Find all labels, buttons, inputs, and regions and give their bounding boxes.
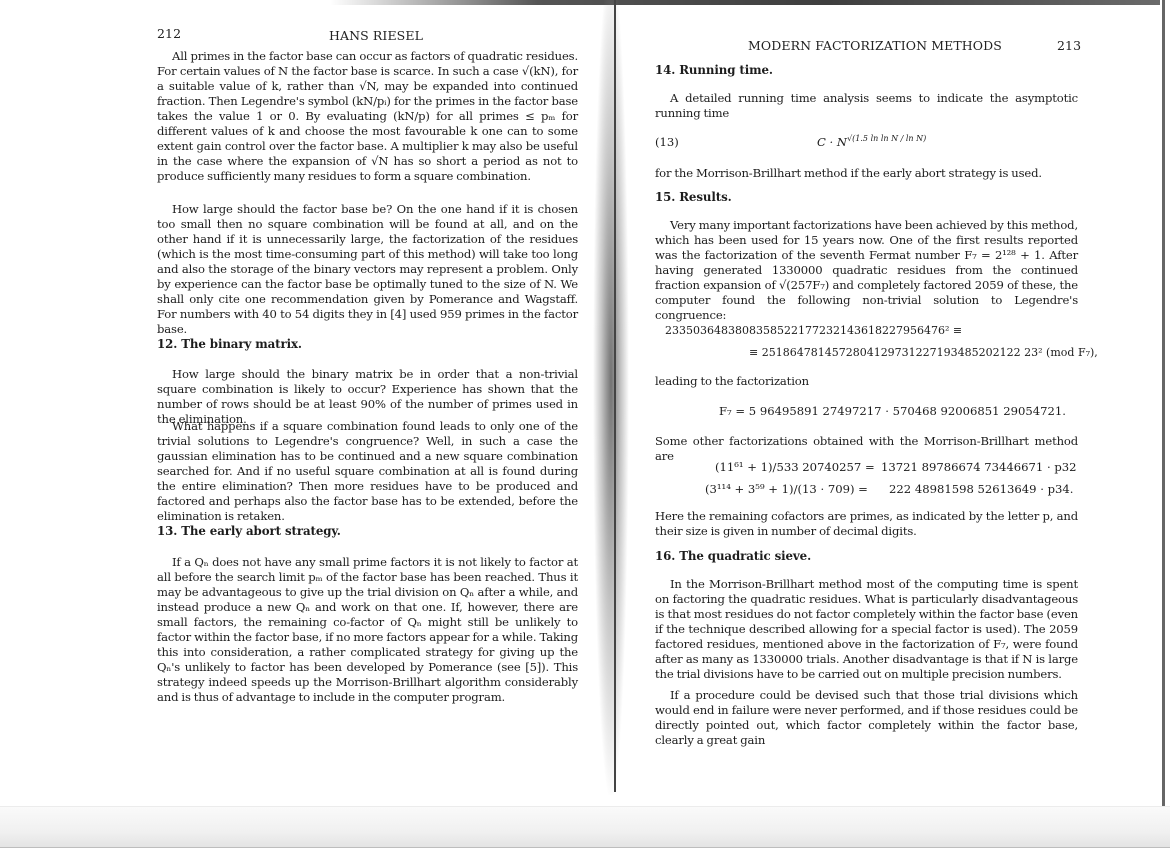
right-page-number: 213	[1057, 38, 1081, 53]
section-12-heading: 12. The binary matrix.	[157, 337, 302, 351]
equation-other-1-left: (11⁶¹ + 1)/533 20740257 =	[715, 460, 875, 474]
paragraph-early-abort-used: for the Morrison-Brillhart method if the…	[655, 166, 1078, 181]
scan-bottom-margin	[0, 806, 1170, 848]
equation-running-time: C · N√(1.5 ln ln N / ln N)	[817, 135, 926, 149]
book-gutter-shadow	[583, 0, 639, 795]
paragraph-factor-base-size: How large should the factor base be? On …	[157, 202, 578, 337]
paragraph-quadratic-sieve: In the Morrison-Brillhart method most of…	[655, 577, 1078, 682]
book-spine-line	[614, 0, 616, 792]
section-15-heading: 15. Results.	[655, 190, 732, 204]
equation-f7-factorization: F₇ = 5 96495891 27497217 · 570468 920068…	[719, 404, 1066, 418]
section-13-heading: 13. The early abort strategy.	[157, 524, 341, 538]
equation-exponent: √(1.5 ln ln N / ln N)	[847, 134, 926, 143]
left-running-head: HANS RIESEL	[329, 28, 423, 43]
right-running-head: MODERN FACTORIZATION METHODS	[748, 38, 1002, 53]
paragraph-multiplier: All primes in the factor base can occur …	[157, 49, 578, 184]
congruence-line-1: 2335036483808358522177232143618227956476…	[665, 324, 962, 337]
paragraph-binary-matrix: How large should the binary matrix be in…	[157, 367, 578, 427]
equation-other-2-left: (3¹¹⁴ + 3⁵⁹ + 1)/(13 · 709) =	[705, 482, 868, 496]
paragraph-leading: leading to the factorization	[655, 374, 1078, 389]
section-16-heading: 16. The quadratic sieve.	[655, 549, 811, 563]
scan-right-edge	[1162, 0, 1165, 830]
scan-top-strip	[330, 0, 1160, 5]
paragraph-early-abort: If a Qₙ does not have any small prime fa…	[157, 555, 578, 705]
left-page-number: 212	[157, 26, 181, 41]
equation-other-2-right: 222 48981598 52613649 · p34.	[889, 482, 1073, 496]
paragraph-running-time: A detailed running time analysis seems t…	[655, 91, 1078, 121]
section-14-heading: 14. Running time.	[655, 63, 773, 77]
paragraph-results: Very many important factorizations have …	[655, 218, 1078, 323]
paragraph-trivial-solutions: What happens if a square combination fou…	[157, 419, 578, 524]
congruence-line-2: ≡ 2518647814572804129731227193485202122 …	[749, 346, 1098, 359]
paragraph-cofactors-note: Here the remaining cofactors are primes,…	[655, 509, 1078, 539]
equation-other-1-right: 13721 89786674 73446671 · p32	[881, 460, 1077, 474]
equation-number-13: (13)	[655, 135, 679, 149]
paragraph-procedure: If a procedure could be devised such tha…	[655, 688, 1078, 748]
